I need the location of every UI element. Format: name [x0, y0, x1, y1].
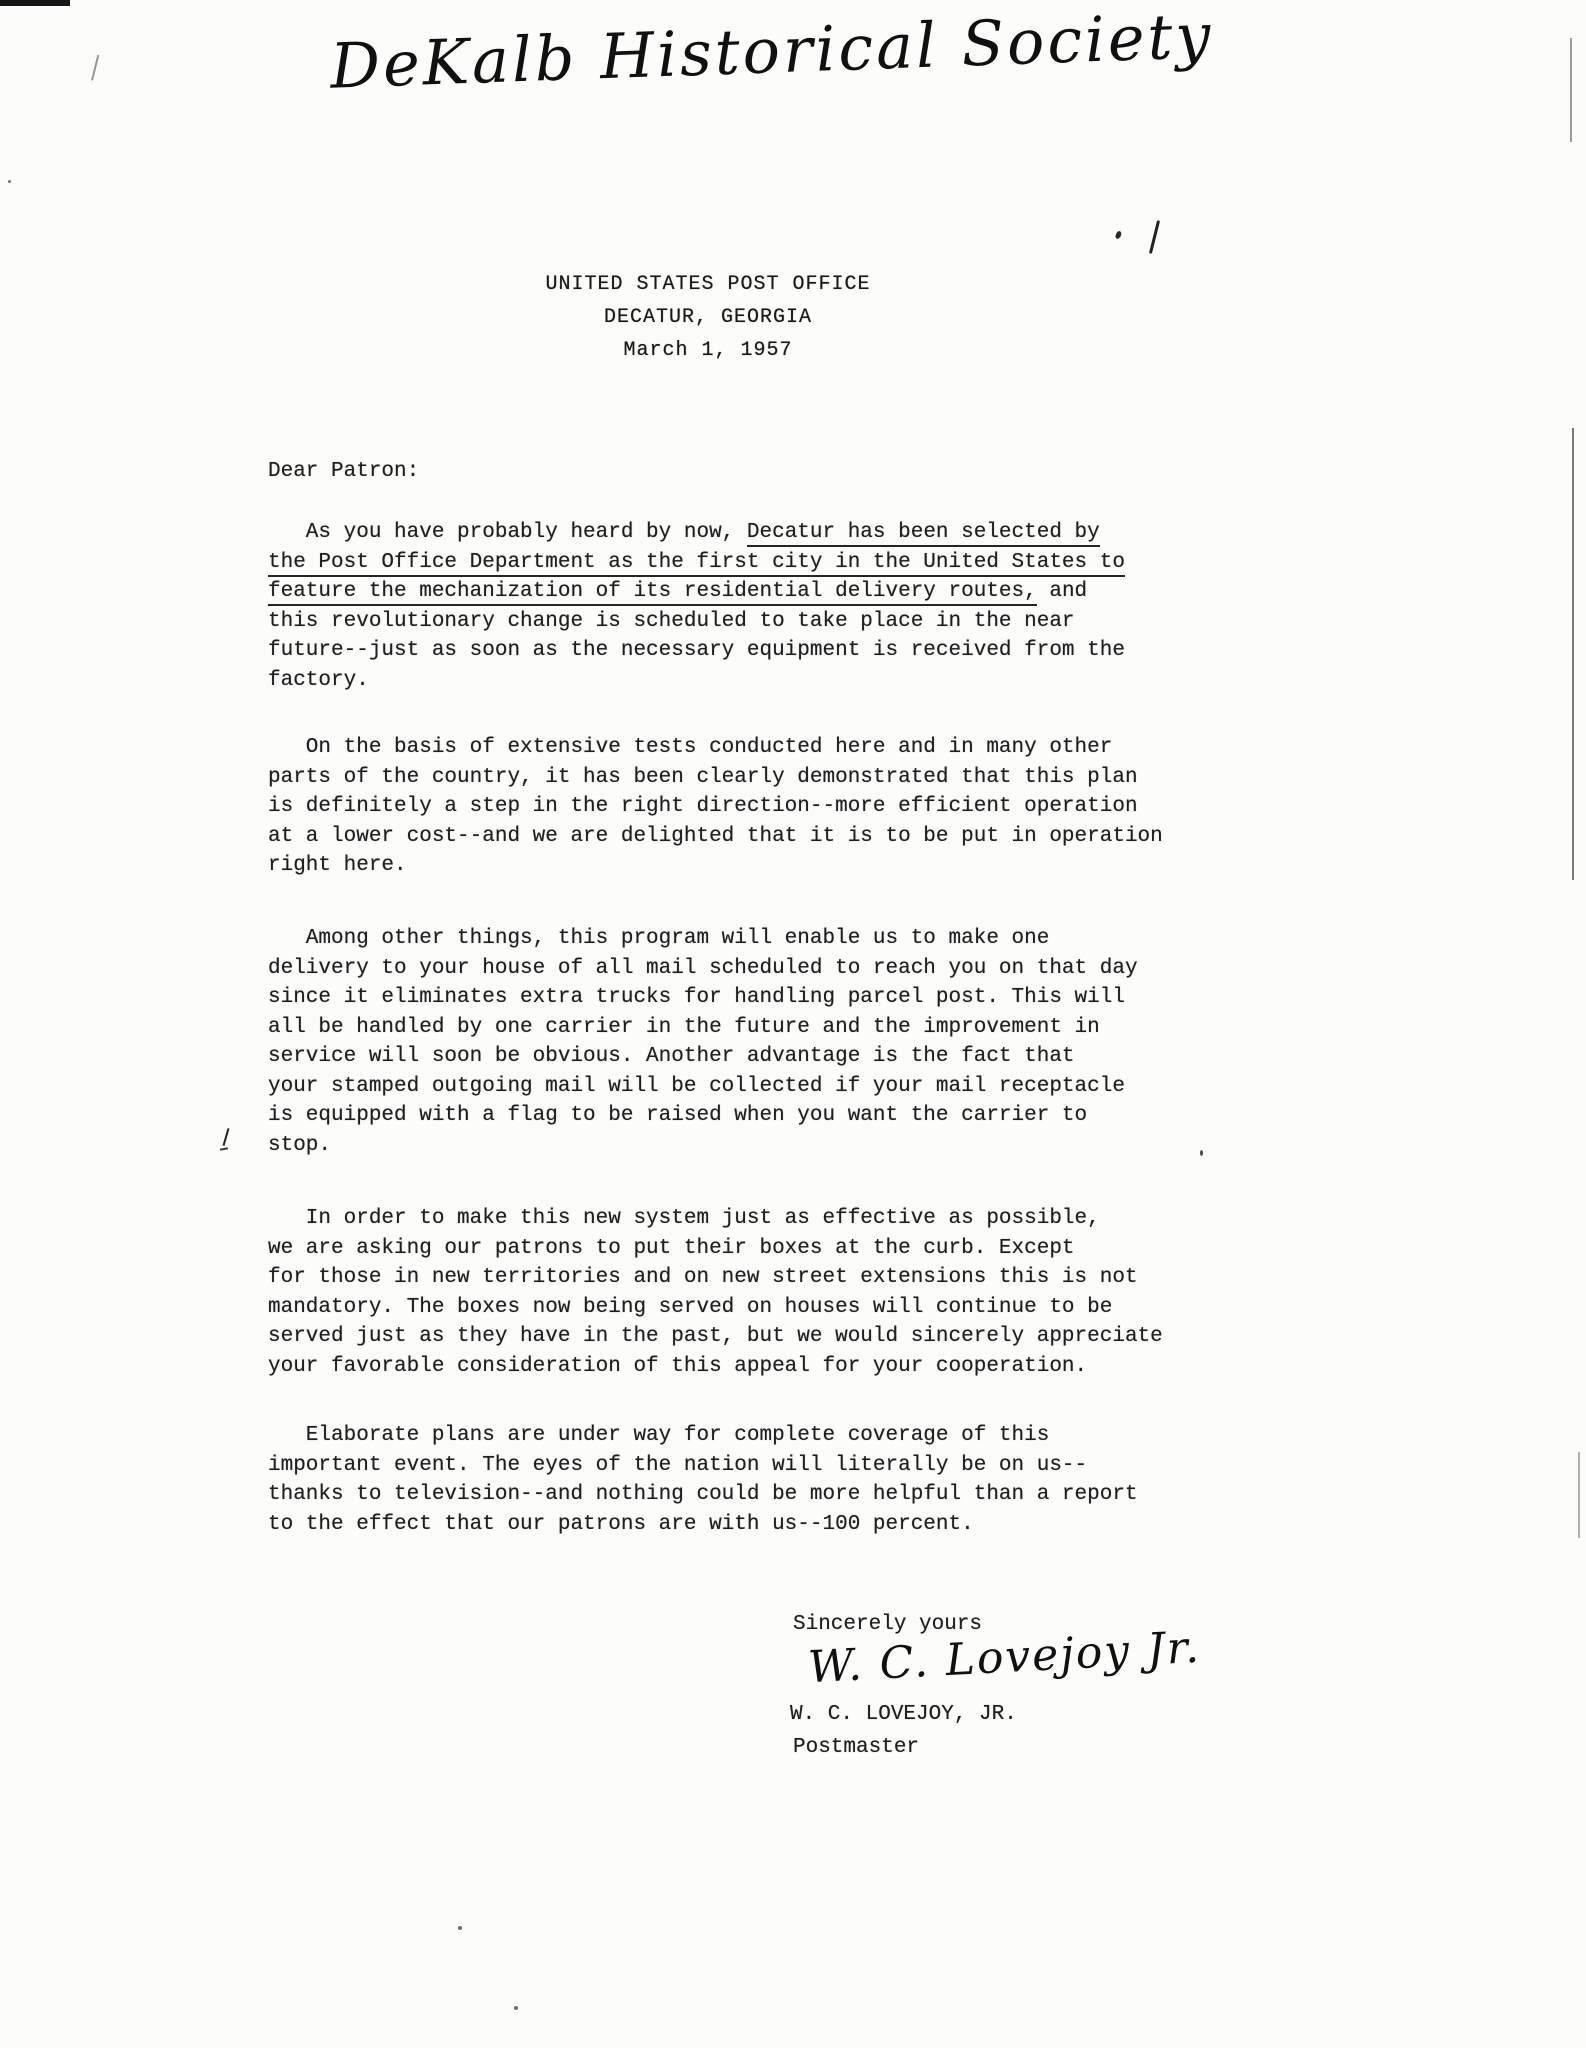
letter-line: at a lower cost--and we are delighted th… — [268, 822, 1163, 852]
letter-paragraph-5: Elaborate plans are under way for comple… — [268, 1421, 1138, 1539]
letter-paragraph-1: As you have probably heard by now, Decat… — [268, 518, 1125, 695]
letter-line: On the basis of extensive tests conducte… — [268, 733, 1163, 763]
typed-signer-name: W. C. LOVEJOY, JR. — [790, 1700, 1017, 1730]
signer-title: Postmaster — [793, 1733, 919, 1763]
letter-line: for those in new territories and on new … — [268, 1263, 1163, 1293]
letter-line: As you have probably heard by now, Decat… — [268, 518, 1125, 548]
scan-speck — [8, 180, 11, 183]
letter-line: parts of the country, it has been clearl… — [268, 763, 1163, 793]
letter-line: right here. — [268, 851, 1163, 881]
letter-line: stop. — [268, 1131, 1138, 1161]
letter-line: feature the mechanization of its residen… — [268, 577, 1125, 607]
letter-line: In order to make this new system just as… — [268, 1204, 1163, 1234]
left-margin-pen-mark — [219, 1128, 233, 1158]
letterhead-org-line: UNITED STATES POST OFFICE — [268, 268, 1148, 301]
letter-line: we are asking our patrons to put their b… — [268, 1234, 1163, 1264]
letter-line: to the effect that our patrons are with … — [268, 1510, 1138, 1540]
letter-line: all be handled by one carrier in the fut… — [268, 1013, 1138, 1043]
letter-line: Among other things, this program will en… — [268, 924, 1138, 954]
letterhead-city-line: DECATUR, GEORGIA — [268, 301, 1148, 334]
letter-paragraph-4: In order to make this new system just as… — [268, 1204, 1163, 1381]
scan-speck — [1200, 1150, 1203, 1156]
letter-paragraph-2: On the basis of extensive tests conducte… — [268, 733, 1163, 881]
letter-line: service will soon be obvious. Another ad… — [268, 1042, 1138, 1072]
letter-line: the Post Office Department as the first … — [268, 548, 1125, 578]
letterhead: UNITED STATES POST OFFICE DECATUR, GEORG… — [268, 268, 1148, 367]
letter-line: served just as they have in the past, bu… — [268, 1322, 1163, 1352]
scan-corner-smudge — [91, 55, 109, 83]
letter-line: Elaborate plans are under way for comple… — [268, 1421, 1138, 1451]
letter-line: delivery to your house of all mail sched… — [268, 954, 1138, 984]
scan-edge-line-mid — [1572, 428, 1574, 880]
letterhead-date: March 1, 1957 — [268, 334, 1148, 367]
letter-line: your favorable consideration of this app… — [268, 1352, 1163, 1382]
letter-line: is equipped with a flag to be raised whe… — [268, 1101, 1138, 1131]
salutation: Dear Patron: — [268, 457, 419, 487]
scan-corner-bar — [0, 0, 70, 6]
letter-line: is definitely a step in the right direct… — [268, 792, 1163, 822]
letter-text-column: UNITED STATES POST OFFICE DECATUR, GEORG… — [268, 0, 1168, 2048]
letter-line: mandatory. The boxes now being served on… — [268, 1293, 1163, 1323]
letter-line: important event. The eyes of the nation … — [268, 1451, 1138, 1481]
letter-line: future--just as soon as the necessary eq… — [268, 636, 1125, 666]
letter-line: your stamped outgoing mail will be colle… — [268, 1072, 1138, 1102]
scan-speck — [514, 2006, 518, 2010]
letter-line: factory. — [268, 666, 1125, 696]
scan-edge-line-top — [1570, 38, 1572, 142]
letter-line: thanks to television--and nothing could … — [268, 1480, 1138, 1510]
letter-line: this revolutionary change is scheduled t… — [268, 607, 1125, 637]
letter-line: since it eliminates extra trucks for han… — [268, 983, 1138, 1013]
scanned-letter-page: DeKalb Historical Society UNITED STATES … — [0, 0, 1586, 2048]
scan-edge-line-low — [1578, 1452, 1580, 1538]
scan-speck — [458, 1926, 462, 1930]
letter-paragraph-3: Among other things, this program will en… — [268, 924, 1138, 1160]
